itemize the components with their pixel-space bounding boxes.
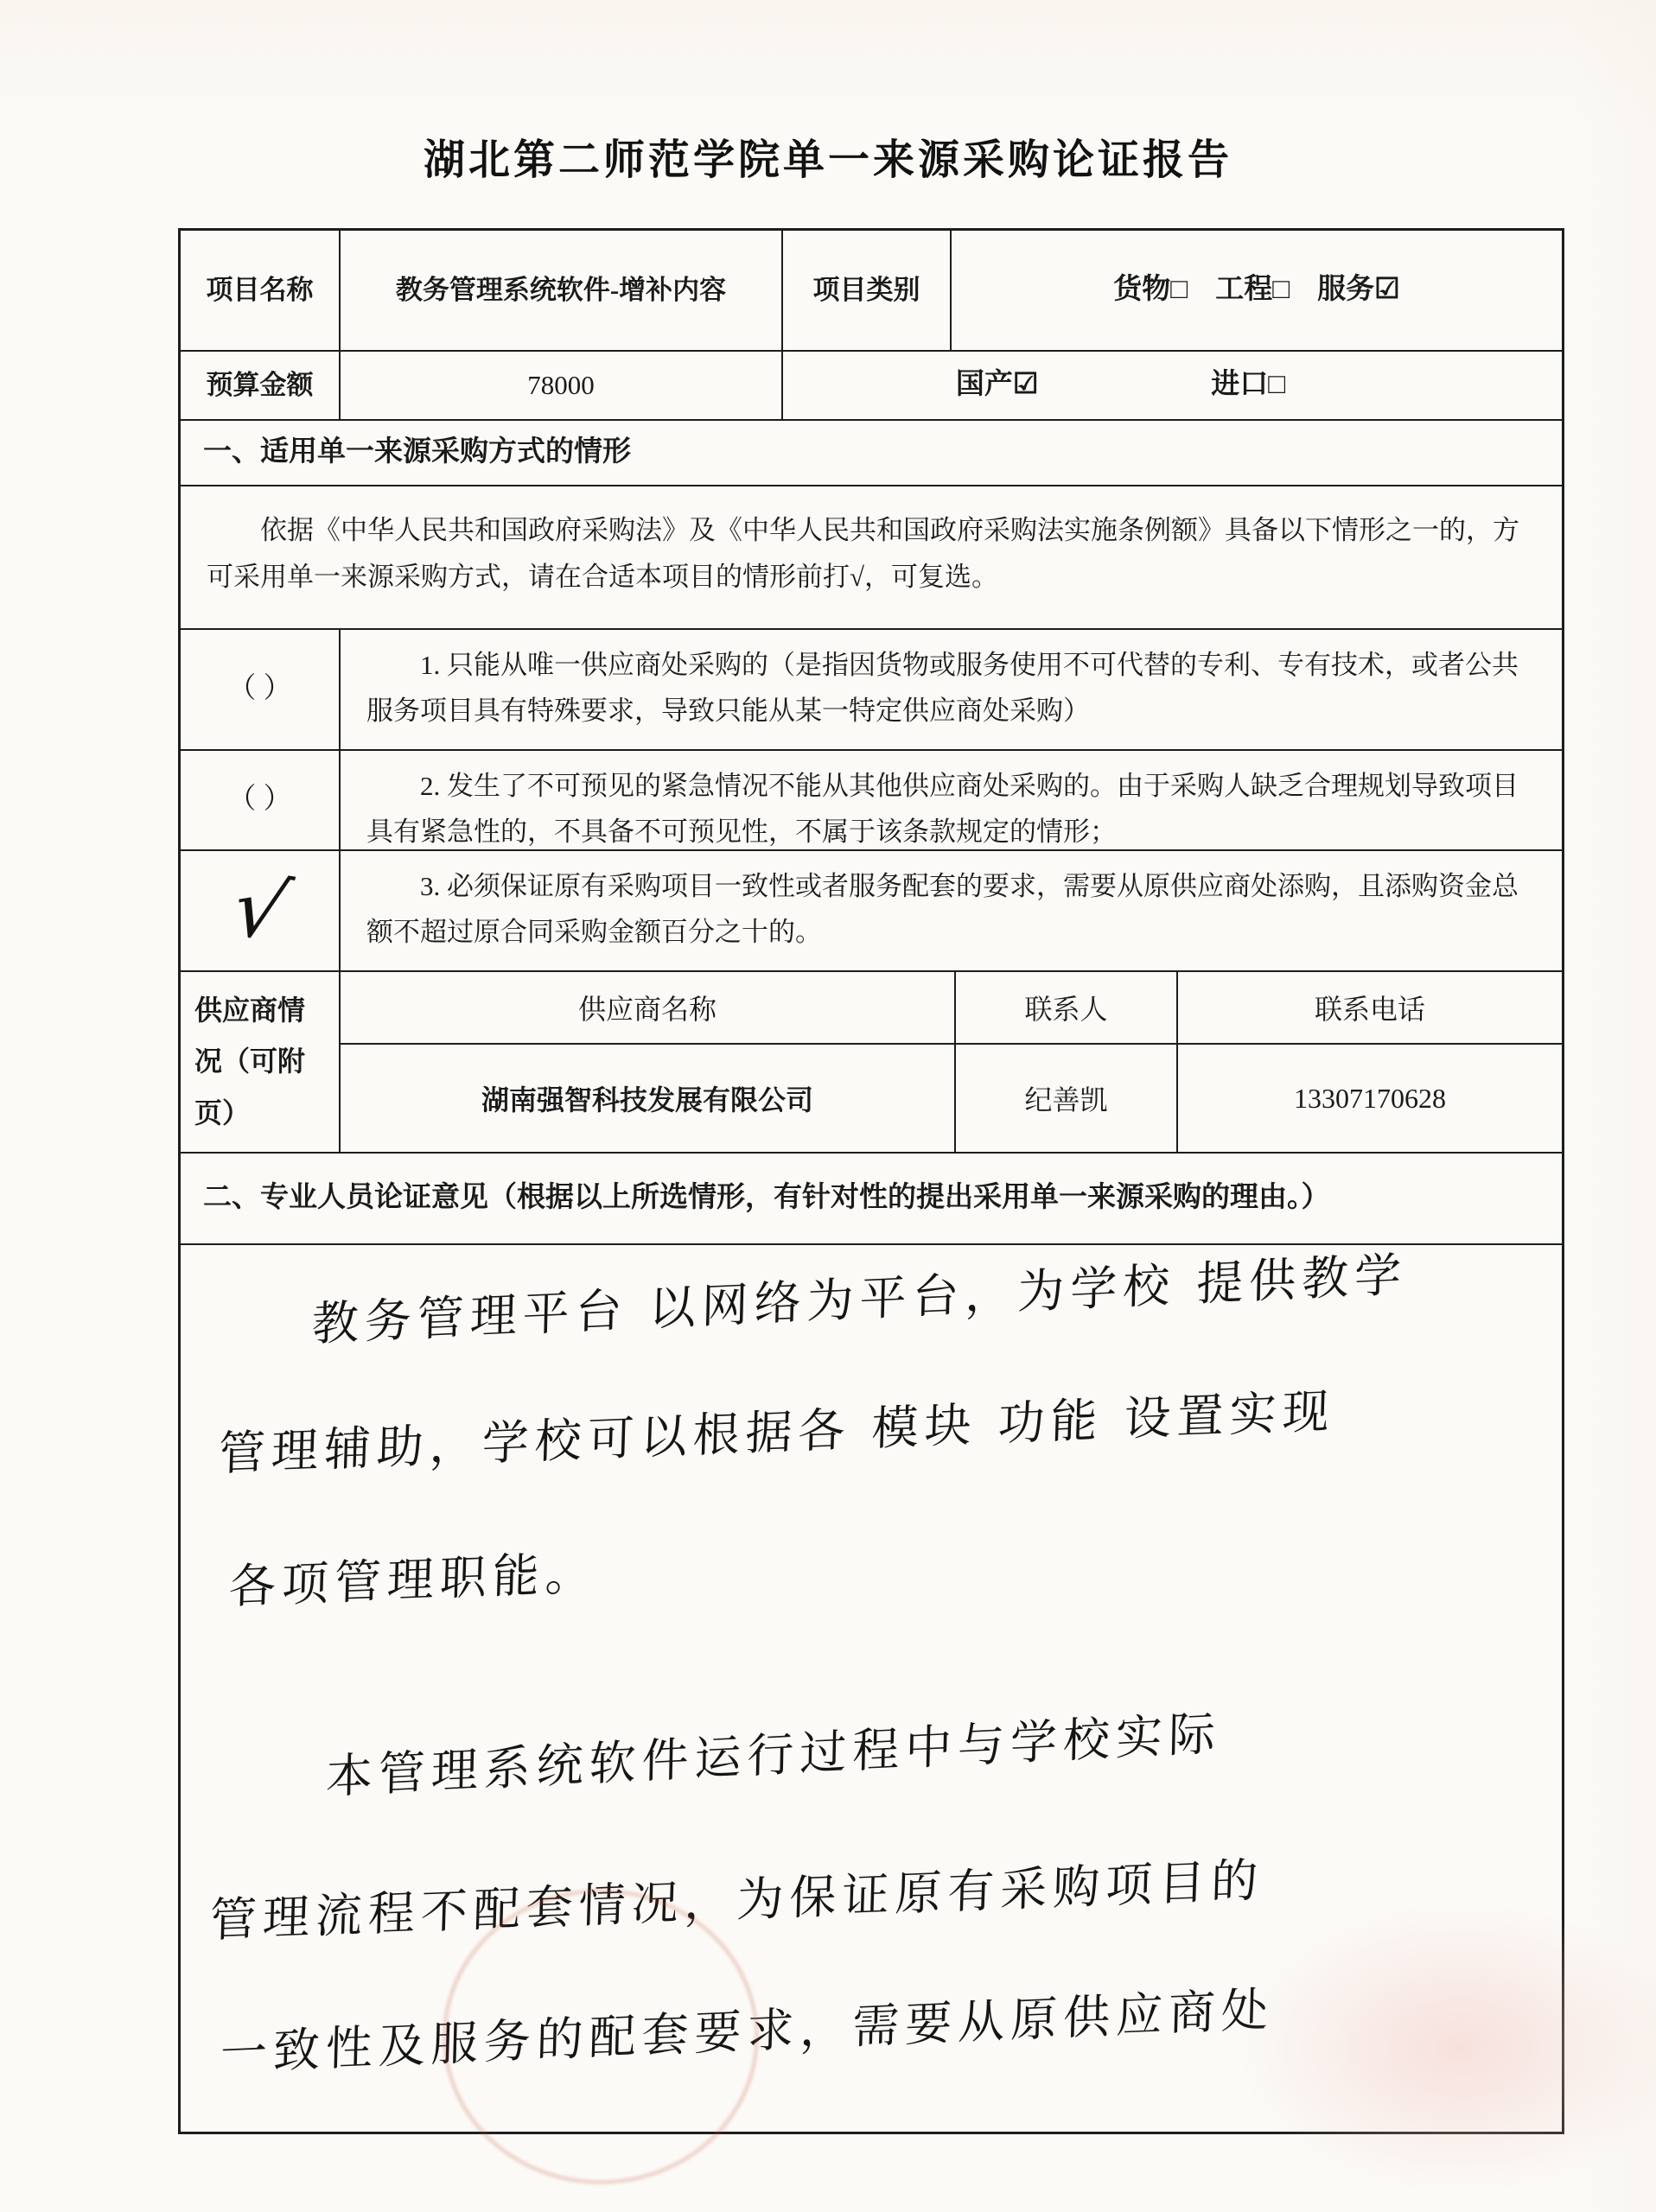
contact-value: 纪善凯 (956, 1045, 1178, 1152)
section1-intro: 依据《中华人民共和国政府采购法》及《中华人民共和国政府采购法实施条例额》具备以下… (181, 486, 1562, 628)
checkbox-goods: 货物□ (1113, 268, 1188, 312)
condition-row-1: （ ） 1. 只能从唯一供应商处采购的（是指因货物或服务使用不可代替的专利、专有… (181, 628, 1562, 749)
condition-3-mark-cell: √ (181, 851, 341, 970)
project-type-options: 货物□ 工程□ 服务☑ (952, 231, 1562, 350)
project-name-value: 教务管理系统软件-增补内容 (341, 231, 783, 350)
row-section1-intro: 依据《中华人民共和国政府采购法》及《中华人民共和国政府采购法实施条例额》具备以下… (181, 485, 1562, 628)
budget-label: 预算金额 (181, 352, 341, 419)
condition-1-mark: （ ） (181, 630, 341, 749)
row-budget: 预算金额 78000 国产☑ 进口□ (181, 350, 1562, 419)
handwriting-line: 本管理系统软件运行过程中与学校实际 (325, 1697, 1222, 1814)
condition-2-text: 2. 发生了不可预见的紧急情况不能从其他供应商处采购的。由于采购人缺乏合理规划导… (341, 751, 1562, 849)
phone-value: 13307170628 (1178, 1045, 1562, 1152)
handwriting-line: 各项管理职能。 (228, 1537, 599, 1624)
checkbox-services-checked: 服务☑ (1317, 268, 1400, 312)
supplier-section-label: 供应商情况（可附页） (181, 972, 341, 1152)
section2-heading: 二、专业人员论证意见（根据以上所选情形，有针对性的提出采用单一来源采购的理由。） (181, 1154, 1562, 1243)
origin-options: 国产☑ 进口□ (783, 352, 1562, 419)
condition-row-2: （ ） 2. 发生了不可预见的紧急情况不能从其他供应商处采购的。由于采购人缺乏合… (181, 749, 1562, 849)
page-title: 湖北第二师范学院单一来源采购论证报告 (0, 126, 1656, 186)
row-section1-heading: 一、适用单一来源采购方式的情形 (181, 419, 1562, 485)
contact-header: 联系人 (956, 972, 1178, 1043)
budget-value: 78000 (341, 352, 783, 419)
supplier-subtable: 供应商名称 联系人 联系电话 湖南强智科技发展有限公司 纪善凯 13307170… (341, 972, 1562, 1152)
handwritten-checkmark: √ (224, 868, 296, 955)
phone-header: 联系电话 (1178, 972, 1562, 1043)
handwriting-line: 管理辅助，学校可以根据各 模块 功能 设置实现 (218, 1375, 1336, 1490)
supplier-section: 供应商情况（可附页） 供应商名称 联系人 联系电话 湖南强智科技发展有限公司 纪… (181, 970, 1562, 1152)
handwriting-line: 管理流程不配套情况，为保证原有采购项目的 (209, 1844, 1265, 1957)
row-section2-heading: 二、专业人员论证意见（根据以上所选情形，有针对性的提出采用单一来源采购的理由。） (181, 1152, 1562, 1243)
handwriting-line: 一致性及服务的配套要求，需要从原供应商处 (220, 1974, 1275, 2090)
row-project: 项目名称 教务管理系统软件-增补内容 项目类别 货物□ 工程□ 服务☑ (181, 231, 1562, 350)
project-name-label: 项目名称 (181, 231, 341, 350)
supplier-name-value: 湖南强智科技发展有限公司 (341, 1045, 956, 1152)
checkbox-works: 工程□ (1215, 268, 1290, 312)
supplier-data-row: 湖南强智科技发展有限公司 纪善凯 13307170628 (341, 1043, 1562, 1152)
supplier-header-row: 供应商名称 联系人 联系电话 (341, 972, 1562, 1043)
form-table: 项目名称 教务管理系统软件-增补内容 项目类别 货物□ 工程□ 服务☑ 预算金额… (178, 228, 1564, 2134)
condition-1-text: 1. 只能从唯一供应商处采购的（是指因货物或服务使用不可代替的专利、专有技术，或… (341, 630, 1562, 749)
supplier-name-header: 供应商名称 (341, 972, 956, 1043)
section1-heading: 一、适用单一来源采购方式的情形 (181, 421, 1562, 485)
handwriting-area: 教务管理平台 以网络为平台，为学校 提供教学 管理辅助，学校可以根据各 模块 功… (181, 1245, 1562, 2132)
condition-2-mark: （ ） (181, 751, 341, 849)
project-type-label: 项目类别 (783, 231, 952, 350)
condition-3-text: 3. 必须保证原有采购项目一致性或者服务配套的要求，需要从原供应商处添购，且添购… (341, 851, 1562, 970)
scanned-document-page: 湖北第二师范学院单一来源采购论证报告 项目名称 教务管理系统软件-增补内容 项目… (0, 0, 1656, 2212)
row-handwriting: 教务管理平台 以网络为平台，为学校 提供教学 管理辅助，学校可以根据各 模块 功… (181, 1243, 1562, 2132)
checkbox-import: 进口□ (1211, 363, 1285, 407)
checkbox-domestic-checked: 国产☑ (956, 363, 1039, 407)
handwriting-line: 教务管理平台 以网络为平台，为学校 提供教学 (311, 1238, 1408, 1360)
condition-row-3: √ 3. 必须保证原有采购项目一致性或者服务配套的要求，需要从原供应商处添购，且… (181, 849, 1562, 970)
